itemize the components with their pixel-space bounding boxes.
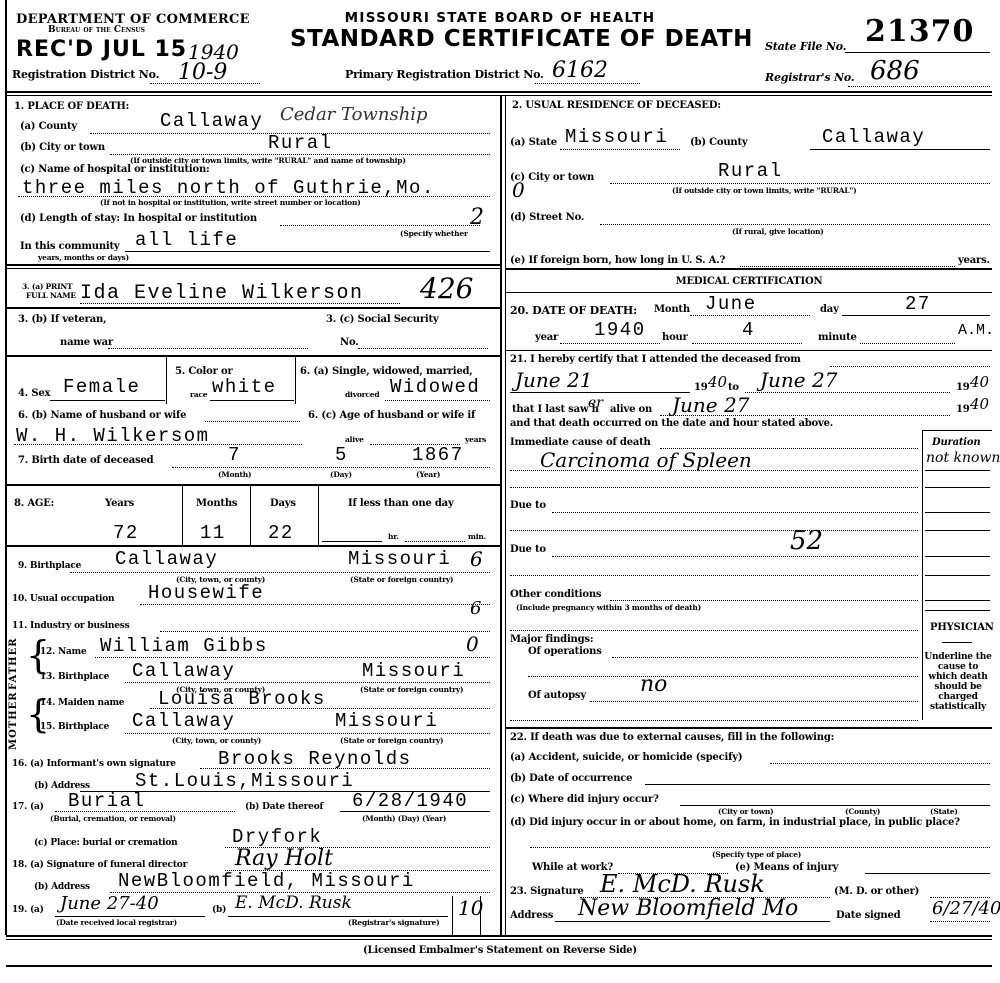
due-to-2-label: Due to (510, 544, 546, 555)
director-address-label: (b) Address (34, 882, 90, 892)
burial-place: Dryfork (232, 826, 322, 848)
received-date: June 27-40 (60, 893, 159, 914)
physician-address-label: Address (510, 910, 553, 921)
immediate-cause: Carcinoma of Spleen (540, 448, 752, 472)
death-minute-label: minute (818, 332, 857, 343)
father-code: 0 (466, 632, 479, 656)
received-label: 19. (a) (12, 905, 44, 915)
mother-name: Louisa Brooks (158, 688, 326, 710)
burial-place-label: (c) Place: burial or cremation (34, 838, 178, 848)
residence-county-label: (b) County (690, 137, 748, 148)
where-city-note: (City or town) (718, 807, 774, 816)
residence-city: Rural (718, 160, 783, 182)
registrar-no-value: 686 (870, 56, 920, 86)
disposal-label: 17. (a) (12, 802, 44, 812)
code-note: 52 (790, 526, 823, 556)
attended-from: June 21 (515, 368, 592, 392)
birthplace-code: 6 (470, 547, 483, 571)
attended-to: June 27 (760, 368, 837, 392)
spouse-age-label: 6. (c) Age of husband or wife if (308, 410, 475, 421)
disposal-note: (Burial, cremation, or removal) (50, 814, 176, 823)
alive-on-label: alive on (610, 404, 652, 415)
death-year: 1940 (594, 319, 646, 341)
spouse-age-sub: alive (345, 435, 364, 444)
age-hr-label: hr. (388, 532, 399, 541)
registration-district-value: 10-9 (178, 60, 227, 85)
age-years: 72 (113, 522, 139, 544)
residence-heading: 2. USUAL RESIDENCE OF DECEASED: (512, 100, 721, 111)
age-years-label: Years (105, 498, 134, 509)
birth-date-label: 7. Birth date of deceased (18, 455, 153, 466)
social-security-sub: No. (340, 337, 359, 348)
mother-tag: MOTHER (8, 691, 19, 750)
due-to-1-label: Due to (510, 500, 546, 511)
foreign-label: (e) If foreign born, how long in U. S. A… (510, 255, 725, 266)
occupation-value: Housewife (148, 582, 264, 604)
bureau-label: Bureau of the Census (48, 25, 145, 35)
received-note: (Date received local registrar) (56, 918, 177, 927)
age-days: 22 (268, 522, 294, 544)
age-less-label: If less than one day (348, 498, 454, 509)
where-label: (c) Where did injury occur? (510, 794, 659, 805)
death-year-label: year (535, 332, 558, 343)
birthplace-state: Missouri (348, 548, 451, 570)
occurrence-label: (b) Date of occurrence (510, 773, 632, 784)
color-value: white (212, 376, 277, 398)
registrar-sig-label: (b) (212, 905, 226, 915)
death-month-label: Month (654, 304, 690, 315)
registration-district-label: Registration District No. (12, 68, 159, 81)
age-months-label: Months (196, 498, 237, 509)
medical-heading: MEDICAL CERTIFICATION (506, 276, 992, 287)
lastsaw-date: June 27 (672, 393, 749, 417)
accident-label: (a) Accident, suicide, or homicide (spec… (510, 752, 742, 763)
primary-district-label: Primary Registration District No. (345, 68, 544, 81)
death-hour: 4 (742, 319, 755, 341)
residence-state: Missouri (565, 126, 668, 148)
industry-label: 11. Industry or business (12, 621, 130, 631)
death-ampm: A.M. (958, 322, 994, 339)
community-note: years, months or days) (38, 253, 129, 262)
place-of-death-heading: 1. PLACE OF DEATH: (14, 101, 129, 112)
county-label: (a) County (20, 121, 77, 132)
disposal-value: Burial (68, 790, 145, 812)
external-heading: 22. If death was due to external causes,… (510, 732, 834, 743)
deceased-name: Ida Eveline Wilkerson (80, 282, 364, 305)
attended-to-year: 40 (970, 373, 989, 391)
where-county-note: (County) (845, 807, 880, 816)
sex-label: 4. Sex (18, 388, 50, 399)
spouse-age-suffix: years (465, 435, 486, 444)
residence-street-note: (If rural, give location) (732, 227, 824, 236)
mother-birth-label: 15. Birthplace (40, 722, 109, 732)
immediate-duration: not known (926, 450, 1000, 466)
birth-day: 5 (335, 444, 348, 466)
spouse-label: 6. (b) Name of husband or wife (18, 410, 186, 421)
county-handwritten: Cedar Township (280, 104, 428, 125)
immediate-cause-label: Immediate cause of death (510, 437, 651, 448)
city-value: Rural (268, 132, 333, 154)
occurred-label: and that death occurred on the date and … (510, 418, 833, 429)
birthplace-state-note: (State or foreign country) (350, 575, 453, 584)
where-state-note: (State) (930, 807, 958, 816)
birth-month-note: (Month) (218, 470, 251, 479)
mother-birth-state: Missouri (335, 710, 438, 732)
stay-label: (d) Length of stay: In hospital or insti… (20, 213, 257, 224)
birth-month: 7 (228, 444, 241, 466)
age-label: 8. AGE: (14, 498, 54, 509)
community-label: In this community (20, 241, 120, 252)
lastsaw-label: that I last saw h (512, 404, 599, 415)
death-day: 27 (905, 293, 931, 315)
death-hour-label: hour (662, 332, 688, 343)
birth-year-note: (Year) (416, 470, 440, 479)
injury-place-label: (d) Did injury occur in or about home, o… (510, 817, 960, 828)
physician-signature-label: 23. Signature (510, 886, 584, 897)
informant-address: St.Louis,Missouri (135, 770, 354, 792)
other-conditions-label: Other conditions (510, 589, 601, 600)
certificate-title: STANDARD CERTIFICATE OF DEATH (290, 26, 710, 52)
residence-city-note: (If outside city or town limits, write "… (672, 186, 856, 195)
name-code: 426 (420, 272, 473, 305)
physician-label: PHYSICIAN (930, 622, 994, 633)
lastsaw-pronoun: er (588, 395, 603, 411)
name-label-b: FULL NAME (26, 291, 76, 300)
disposal-date-label: (b) Date thereof (245, 802, 323, 812)
embalmer-footnote: (Licensed Embalmer's Statement on Revers… (0, 945, 1000, 956)
disposal-date-note: (Month) (Day) (Year) (362, 814, 446, 823)
board-title: MISSOURI STATE BOARD OF HEALTH (300, 10, 700, 26)
city-label: (b) City or town (20, 142, 105, 153)
birthplace-city: Callaway (115, 548, 218, 570)
death-date-label: 20. DATE OF DEATH: (510, 304, 637, 317)
lastsaw-year: 40 (970, 395, 989, 413)
registrar-sig: E. McD. Rusk (235, 893, 352, 913)
death-month: June (705, 293, 757, 315)
injury-place-note: (Specify type of place) (712, 850, 801, 859)
social-security-label: 3. (c) Social Security (326, 314, 439, 325)
hospital-note: (If not in hospital or institution, writ… (100, 198, 361, 207)
age-days-label: Days (270, 498, 296, 509)
foreign-suffix: years. (958, 255, 990, 266)
occupation-code: 6 (470, 598, 481, 619)
attended-from-year: 40 (708, 373, 727, 391)
informant-sig-label: 16. (a) Informant's own signature (12, 759, 176, 769)
autopsy-value: no (640, 672, 667, 697)
certify-label: 21. I hereby certify that I attended the… (510, 354, 801, 365)
hospital-label: (c) Name of hospital or institution: (20, 164, 210, 175)
registrar-sig-note: (Registrar's signature) (348, 918, 439, 927)
primary-district-value: 6162 (552, 58, 608, 83)
physician-address: New Bloomfield Mo (578, 896, 798, 921)
veteran-sub: name war (60, 337, 113, 348)
disposal-date: 6/28/1940 (352, 790, 468, 812)
from-year-prefix: 19 (694, 382, 708, 393)
physician-signature: E. McD. Rusk (600, 870, 765, 898)
residence-city-code: 0 (512, 178, 525, 202)
father-birth-state: Missouri (362, 660, 465, 682)
name-label-a: 3. (a) PRINT (22, 282, 72, 291)
state-file-label: State File No. (765, 40, 846, 53)
mother-city-note: (City, town, or county) (172, 736, 261, 745)
autopsy-label: Of autopsy (528, 690, 586, 701)
stay-note: (Specify whether (400, 229, 468, 238)
mother-birth-city: Callaway (132, 710, 235, 732)
physician-note: Underline the cause to which death shoul… (924, 652, 992, 712)
hospital-code: 2 (470, 205, 484, 230)
residence-street-label: (d) Street No. (510, 212, 584, 223)
received-stamp: REC'D JUL 15 (16, 37, 187, 62)
marital-value: Widowed (390, 376, 480, 398)
to-label: to (728, 382, 739, 393)
mother-state-note: (State or foreign country) (340, 736, 443, 745)
registrar-no-label: Registrar's No. (765, 71, 854, 84)
duration-label: Duration (932, 437, 980, 448)
informant-sig: Brooks Reynolds (218, 748, 412, 770)
county-value: Callaway (160, 110, 263, 132)
age-min-label: min. (468, 532, 486, 541)
residence-county: Callaway (822, 126, 925, 148)
father-state-note: (State or foreign country) (360, 685, 463, 694)
major-findings-label: Major findings: (510, 634, 593, 645)
md-label: (M. D. or other) (834, 886, 919, 897)
age-months: 11 (200, 522, 226, 544)
director-address: NewBloomfield, Missouri (118, 870, 415, 892)
director-sig-label: 18. (a) Signature of funeral director (12, 860, 187, 870)
date-signed-label: Date signed (836, 910, 900, 921)
date-signed: 6/27/40 (932, 898, 1000, 919)
father-birth-label: 13. Birthplace (40, 672, 109, 682)
occupation-label: 10. Usual occupation (12, 594, 114, 604)
operations-label: Of operations (528, 646, 602, 657)
registrar-code: 10 (458, 896, 483, 920)
father-birth-city: Callaway (132, 660, 235, 682)
residence-state-label: (a) State (510, 137, 557, 148)
father-name: William Gibbs (100, 635, 268, 657)
birth-year: 1867 (412, 444, 464, 466)
marital-label-b: divorced (345, 390, 379, 399)
lastsaw-year-prefix: 19 (956, 404, 970, 415)
father-tag: FATHER (8, 637, 19, 690)
director-sig: Ray Holt (235, 846, 333, 871)
birthplace-label: 9. Birthplace (18, 561, 81, 571)
death-day-label: day (820, 304, 839, 315)
birth-day-note: (Day) (330, 470, 352, 479)
other-conditions-note: (Include pregnancy within 3 months of de… (516, 603, 701, 612)
color-label-b: race (190, 390, 207, 399)
community-value: all life (135, 229, 238, 251)
state-file-number: 21370 (865, 14, 974, 49)
veteran-label: 3. (b) If veteran, (18, 314, 106, 325)
sex-value: Female (63, 376, 140, 398)
father-name-label: 12. Name (40, 647, 87, 657)
mother-name-label: 14. Maiden name (40, 698, 124, 708)
to-year-prefix: 19 (956, 382, 970, 393)
